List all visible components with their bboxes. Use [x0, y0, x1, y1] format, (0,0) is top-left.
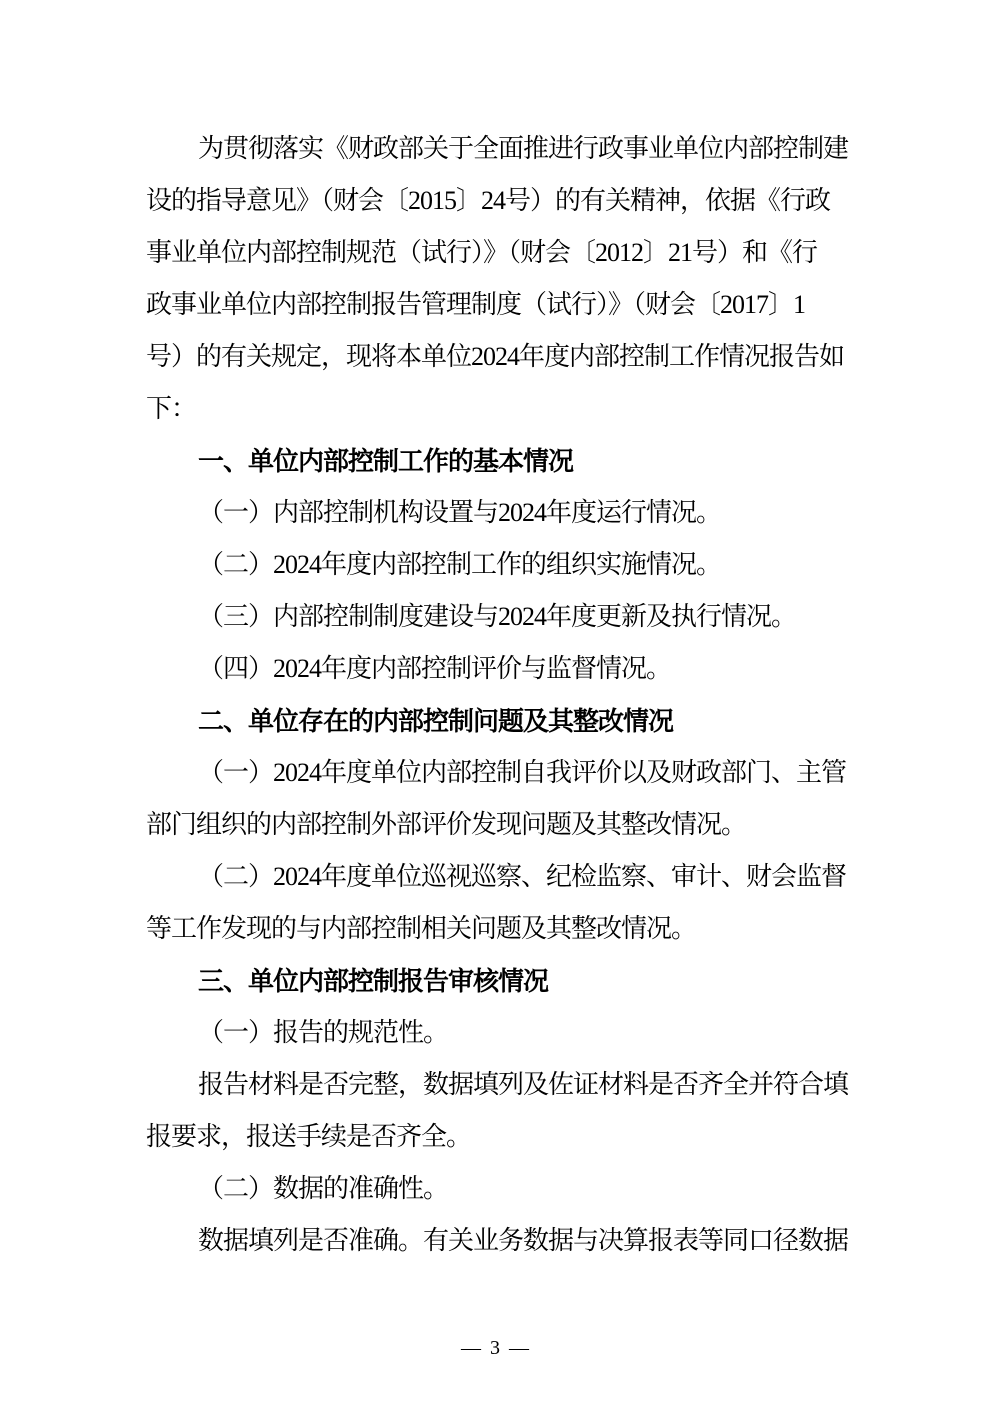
- intro-paragraph-line-4: 政事业单位内部控制报告管理制度（试行）》（财会〔2017〕1: [146, 279, 856, 331]
- body-paragraph-line-2: 报要求，报送手续是否齐全。: [146, 1111, 856, 1163]
- heading-section-two: 二、单位存在的内部控制问题及其整改情况: [146, 695, 856, 747]
- intro-paragraph-line-3: 事业单位内部控制规范（试行）》（财会〔2012〕21号）和《行: [146, 227, 856, 279]
- intro-paragraph-line-2: 设的指导意见》（财会〔2015〕24号）的有关精神，依据《行政: [146, 175, 856, 227]
- heading-section-one: 一、单位内部控制工作的基本情况: [146, 435, 856, 487]
- list-item-1-4: （四）2024年度内部控制评价与监督情况。: [146, 643, 856, 695]
- list-item-3-1: （一）报告的规范性。: [146, 1007, 856, 1059]
- list-item-2-2-line-2: 等工作发现的与内部控制相关问题及其整改情况。: [146, 903, 856, 955]
- list-item-2-1-line-2: 部门组织的内部控制外部评价发现问题及其整改情况。: [146, 799, 856, 851]
- list-item-2-2-line-1: （二）2024年度单位巡视巡察、纪检监察、审计、财会监督: [146, 851, 856, 903]
- intro-paragraph-line-6: 下：: [146, 383, 856, 435]
- page-number: — 3 —: [0, 1334, 992, 1362]
- heading-section-three: 三、单位内部控制报告审核情况: [146, 955, 856, 1007]
- list-item-1-2: （二）2024年度内部控制工作的组织实施情况。: [146, 539, 856, 591]
- document-body: 为贯彻落实《财政部关于全面推进行政事业单位内部控制建 设的指导意见》（财会〔20…: [146, 123, 856, 1267]
- list-item-3-2: （二）数据的准确性。: [146, 1163, 856, 1215]
- document-page: 为贯彻落实《财政部关于全面推进行政事业单位内部控制建 设的指导意见》（财会〔20…: [0, 0, 992, 1403]
- list-item-1-1: （一）内部控制机构设置与2024年度运行情况。: [146, 487, 856, 539]
- list-item-1-3: （三）内部控制制度建设与2024年度更新及执行情况。: [146, 591, 856, 643]
- list-item-2-1-line-1: （一）2024年度单位内部控制自我评价以及财政部门、主管: [146, 747, 856, 799]
- intro-paragraph-line-5: 号）的有关规定，现将本单位2024年度内部控制工作情况报告如: [146, 331, 856, 383]
- body-paragraph-line-1: 报告材料是否完整，数据填列及佐证材料是否齐全并符合填: [146, 1059, 856, 1111]
- body-paragraph-line-3: 数据填列是否准确。有关业务数据与决算报表等同口径数据: [146, 1215, 856, 1267]
- intro-paragraph-line-1: 为贯彻落实《财政部关于全面推进行政事业单位内部控制建: [146, 123, 856, 175]
